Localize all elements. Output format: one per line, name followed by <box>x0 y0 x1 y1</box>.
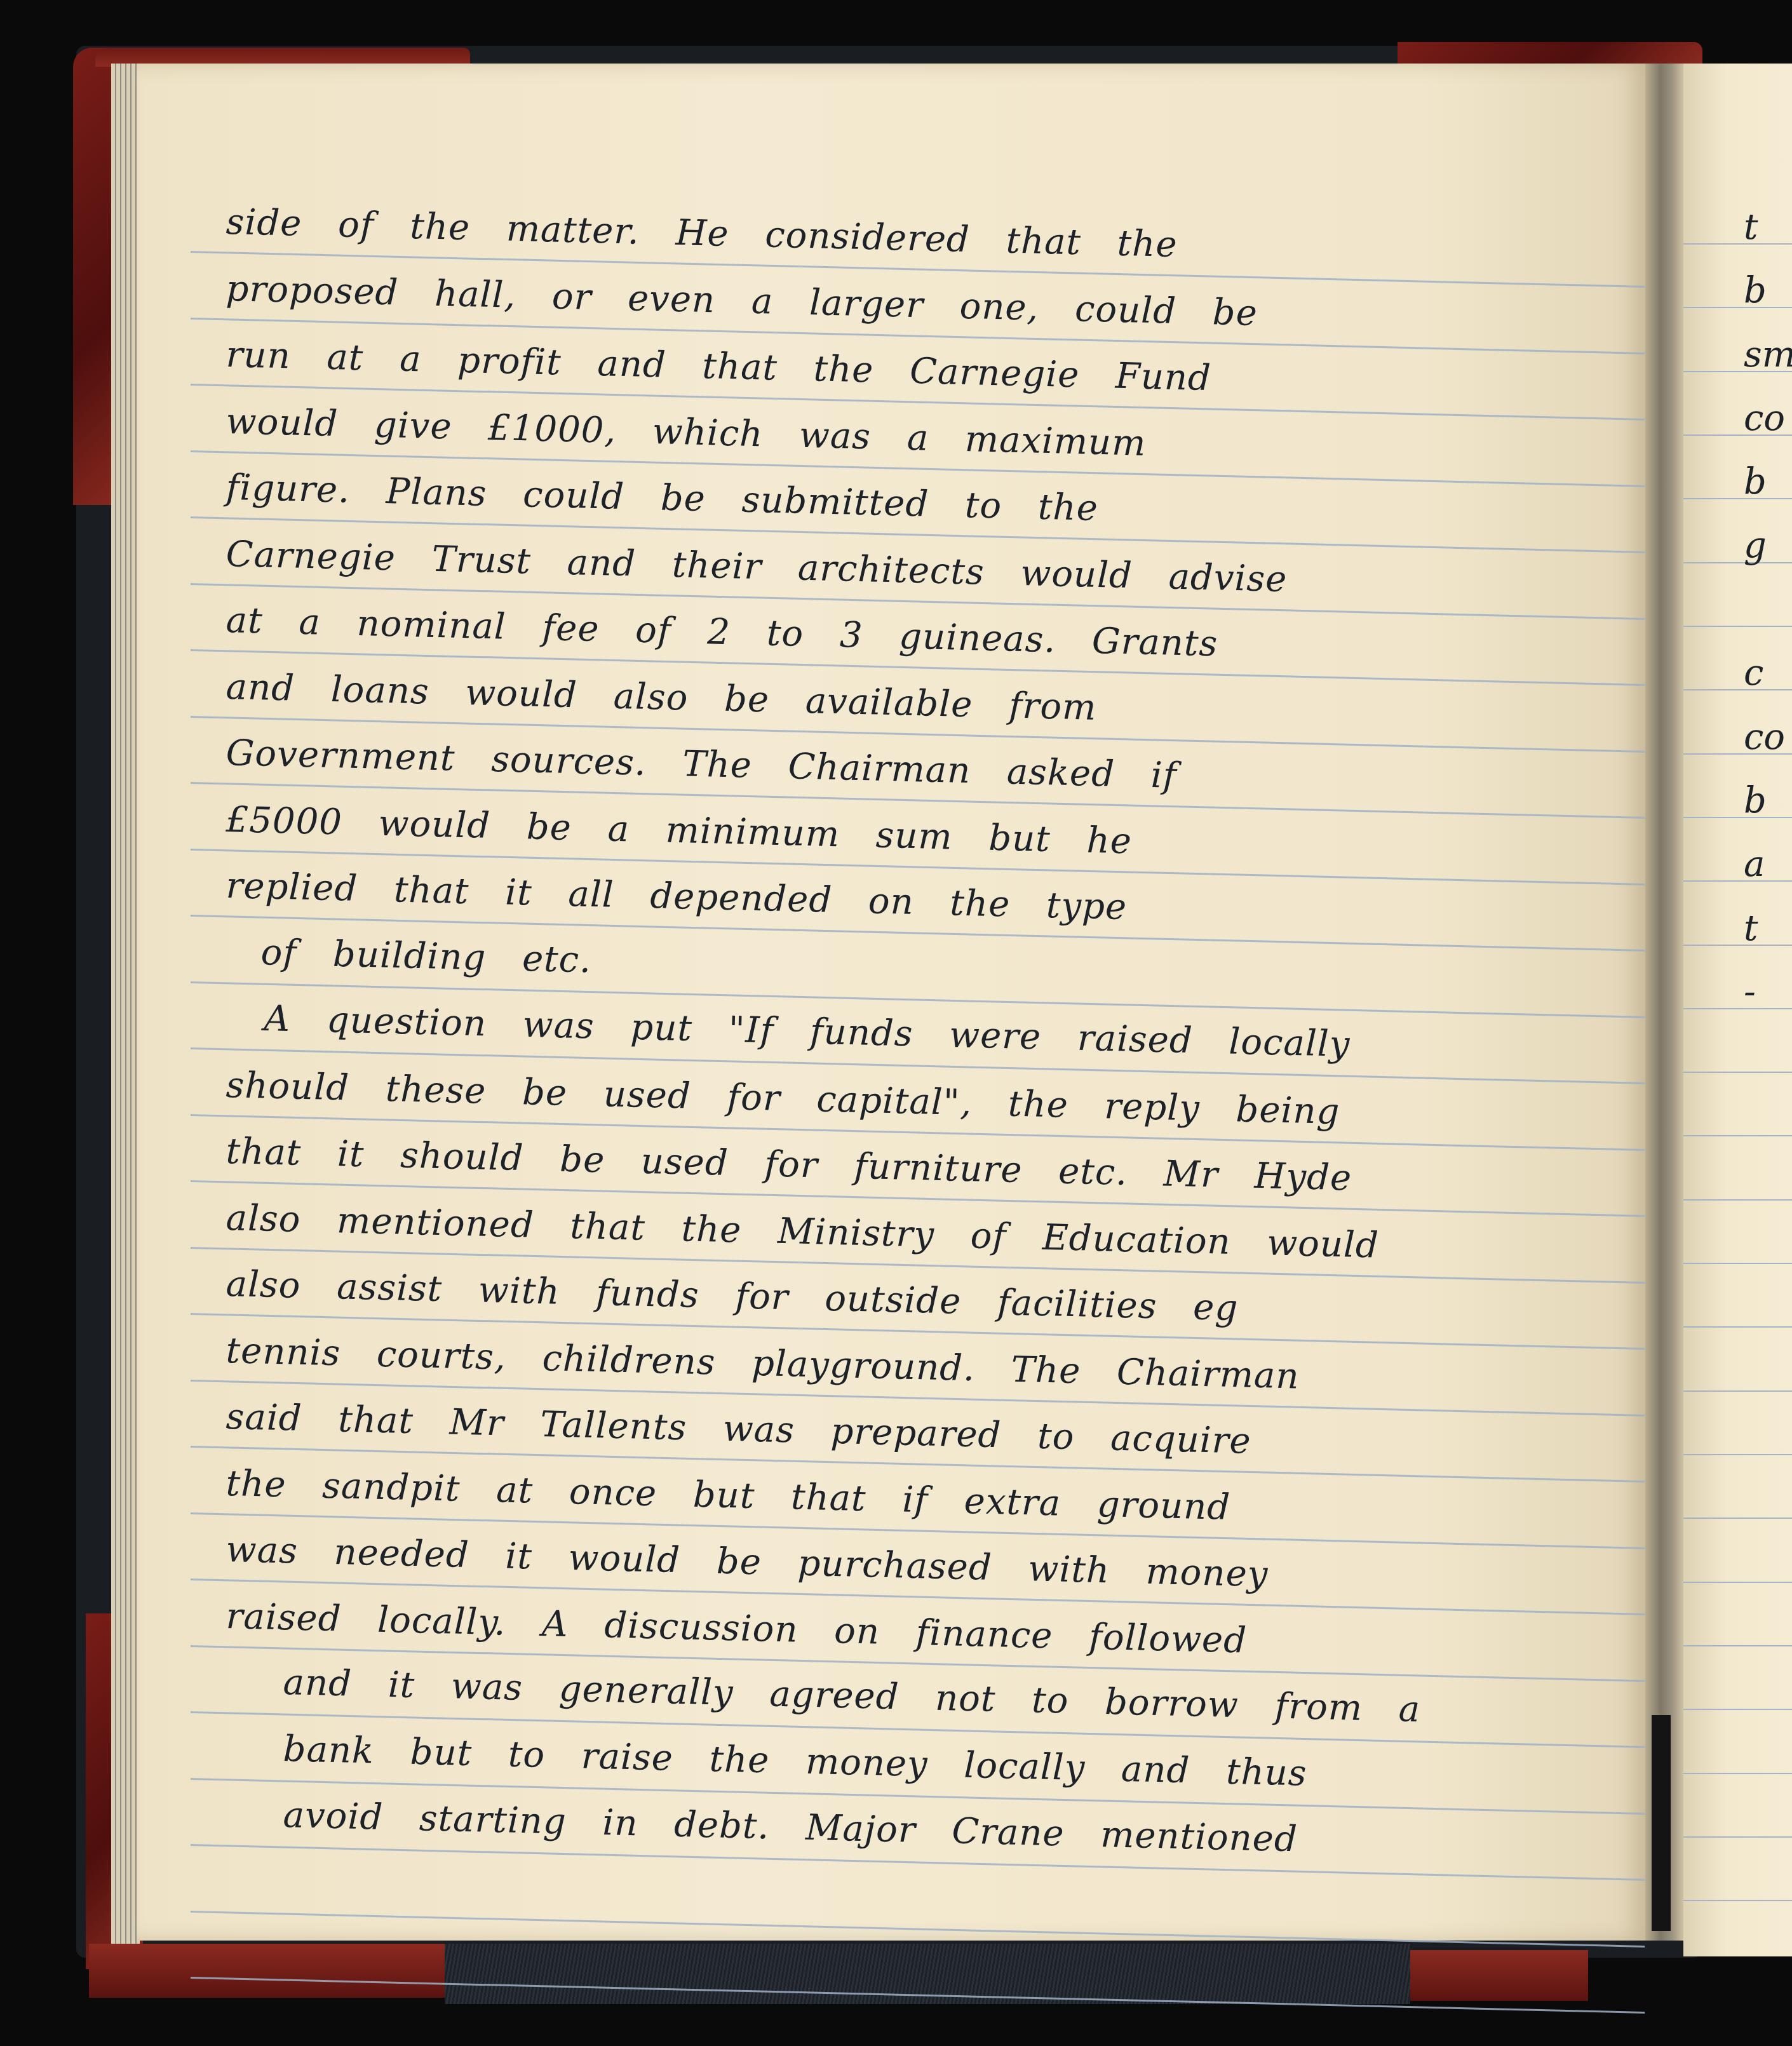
facing-ruled-line <box>1683 562 1792 563</box>
facing-ruled-line <box>1683 1390 1792 1392</box>
facing-fragment: co <box>1744 717 1785 758</box>
facing-ruled-line <box>1683 1773 1792 1774</box>
facing-fragment: b <box>1744 270 1767 311</box>
facing-ruled-line <box>1683 1709 1792 1710</box>
facing-ruled-line <box>1683 1326 1792 1328</box>
facing-ruled-line <box>1683 1135 1792 1136</box>
facing-ruled-line <box>1683 1900 1792 1901</box>
leather-corner-bottom-edge <box>89 1944 445 1998</box>
facing-ruled-line <box>1683 307 1792 308</box>
facing-fragment: t <box>1744 908 1758 949</box>
facing-fragment: - <box>1744 971 1756 1013</box>
facing-ruled-line <box>1683 1836 1792 1838</box>
facing-ruled-line <box>1683 1008 1792 1009</box>
facing-fragment: t <box>1744 206 1758 248</box>
facing-fragment: a <box>1744 844 1765 885</box>
facing-fragment: co <box>1744 398 1785 439</box>
leather-corner-bottom-right <box>1404 1950 1588 2001</box>
facing-fragment: b <box>1744 780 1767 821</box>
facing-fragment: g <box>1744 525 1767 567</box>
facing-ruled-line <box>1683 945 1792 946</box>
gutter-thread <box>1652 1715 1671 1931</box>
facing-ruled-line <box>1683 1645 1792 1646</box>
facing-ruled-line <box>1683 817 1792 818</box>
facing-ruled-line <box>1683 1199 1792 1201</box>
facing-fragment: b <box>1744 461 1767 502</box>
facing-ruled-line <box>1683 1582 1792 1583</box>
facing-ruled-line <box>1683 498 1792 499</box>
facing-ruled-line <box>1683 1454 1792 1455</box>
facing-ruled-line <box>1683 1263 1792 1264</box>
facing-ruled-line <box>1683 1518 1792 1519</box>
facing-fragment: sm <box>1744 334 1792 375</box>
facing-ruled-line <box>1683 243 1792 245</box>
facing-ruled-line <box>1683 880 1792 882</box>
facing-ruled-line <box>1683 1072 1792 1073</box>
facing-ruled-line <box>1683 689 1792 690</box>
page-edges <box>111 64 140 1944</box>
facing-fragment: c <box>1744 652 1763 694</box>
facing-ruled-line <box>1683 626 1792 627</box>
